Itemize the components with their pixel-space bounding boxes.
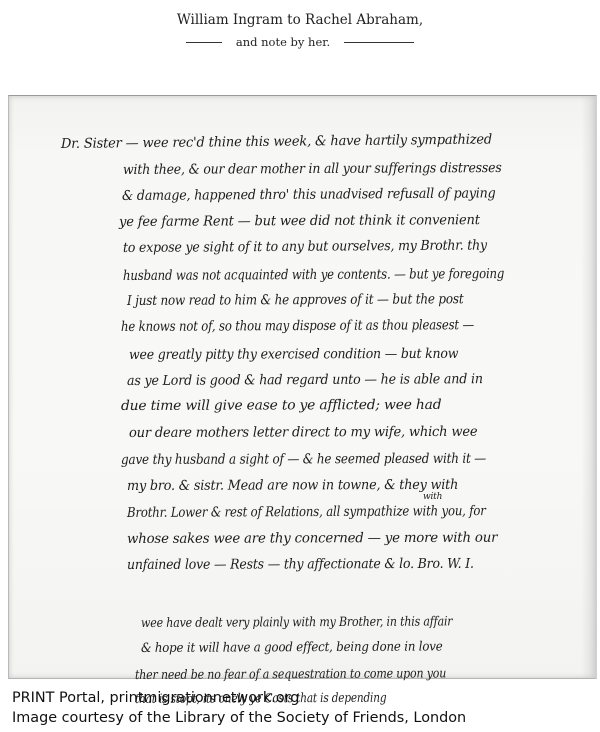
subtitle-row: and note by her. [0,35,600,49]
manuscript-line: my bro. & sistr. Mead are now in towne, … [127,477,458,494]
page-heading: William Ingram to Rachel Abraham, and no… [0,0,600,90]
manuscript-line: I just now read to him & he approves of … [127,291,464,309]
manuscript-line: Dr. Sister — wee rec'd thine this week, … [61,131,492,152]
manuscript-line: husband was not acquainted with ye conte… [123,266,504,284]
manuscript-line: due time will give ease to ye afflicted;… [121,397,441,414]
manuscript-line: Brothr. Lower & rest of Relations, all s… [127,503,486,521]
manuscript-line: wee greatly pitty thy exercised conditio… [129,346,458,363]
note-line: wee have dealt very plainly with my Brot… [141,614,452,631]
manuscript-line: whose sakes wee are thy concerned — ye m… [127,530,497,547]
manuscript-line: & damage, happened thro' this unadvised … [122,185,496,204]
library-credit: Image courtesy of the Library of the Soc… [12,708,600,728]
manuscript-line: to expose ye sight of it to any but ours… [123,237,487,256]
manuscript-line: he knows not of, so thou may dispose of … [121,317,474,335]
manuscript-line: ye fee farme Rent — but wee did not thin… [119,212,480,230]
note-line: ther need be no fear of a sequestration … [135,666,446,683]
letter-subtitle: and note by her. [236,35,330,49]
manuscript-page: Dr. Sister — wee rec'd thine this week, … [8,95,597,679]
manuscript-line: as ye Lord is good & had regard unto — h… [127,371,483,389]
decorative-rule-right [344,42,414,43]
letter-title: William Ingram to Rachel Abraham, [0,12,600,28]
manuscript-line: with thee, & our dear mother in all your… [123,160,502,178]
image-attribution: PRINT Portal, printmigrationnetwork.org … [12,688,600,728]
decorative-rule-left [186,42,222,43]
manuscript-line: gave thy husband a sight of — & he seeme… [121,451,486,468]
manuscript-line: unfained love — Rests — thy affectionate… [127,556,474,573]
source-credit: PRINT Portal, printmigrationnetwork.org [12,688,600,708]
manuscript-line: our deare mothers letter direct to my wi… [129,424,477,441]
interlinear-insert: with [423,492,442,502]
note-line: & hope it will have a good effect, being… [141,639,443,656]
